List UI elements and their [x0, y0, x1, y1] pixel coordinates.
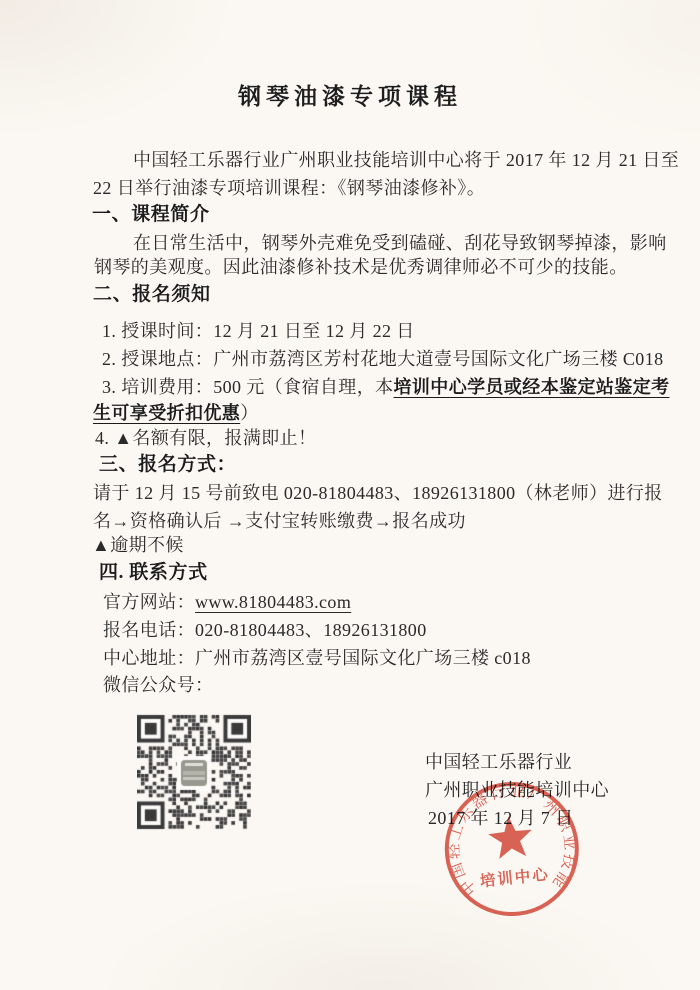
wechat-qr-code-icon — [137, 714, 251, 830]
notice-item-3-suffix: ） — [240, 403, 258, 423]
signup-line-1: 请于 12 月 15 号前致电 020-81804483、18926131800… — [93, 481, 663, 505]
notice-item-4: 4. ▲名额有限，报满即止！ — [95, 426, 316, 450]
notice-item-2: 2. 授课地点：广州市荔湾区芳村花地大道壹号国际文化广场三楼 C018 — [102, 347, 664, 371]
official-seal-stamp-icon: 中国轻工乐器行业广州职业技能 培训中心 — [437, 776, 587, 926]
section-1-heading: 一、课程简介 — [92, 203, 210, 227]
section-4-heading: 四. 联系方式 — [99, 561, 208, 585]
notice-item-3: 3. 培训费用：500 元（食宿自理，本培训中心学员或经本鉴定站鉴定考 — [102, 375, 670, 399]
deadline-note: ▲逾期不候 — [92, 533, 184, 557]
notice-item-3-discount-b: 生可享受折扣优惠 — [93, 403, 240, 423]
website-label: 官方网站： — [103, 592, 195, 612]
section-2-heading: 二、报名须知 — [93, 283, 211, 307]
section-1-line-2: 钢琴的美观度。因此油漆修补技术是优秀调律师必不可少的技能。 — [94, 255, 628, 279]
section-3-heading: 三、报名方式： — [99, 453, 236, 477]
intro-line-1: 中国轻工乐器行业广州职业技能培训中心将于 2017 年 12 月 21 日至 — [133, 148, 679, 172]
notice-item-3-prefix: 3. 培训费用：500 元（食宿自理，本 — [102, 377, 394, 397]
phone-line: 报名电话：020-81804483、18926131800 — [103, 618, 427, 642]
website-line: 官方网站：www.81804483.com — [103, 590, 351, 614]
notice-item-1: 1. 授课时间：12 月 21 日至 12 月 22 日 — [102, 319, 415, 343]
wechat-label: 微信公众号： — [103, 673, 213, 697]
website-url: www.81804483.com — [195, 592, 351, 612]
notice-item-3-discount-a: 培训中心学员或经本鉴定站鉴定考 — [394, 377, 670, 397]
notice-item-3-cont: 生可享受折扣优惠） — [93, 401, 259, 425]
stamp-center-text: 培训中心 — [479, 864, 551, 890]
document-title: 钢琴油漆专项课程 — [0, 78, 700, 111]
intro-line-2: 22 日举行油漆专项培训课程：《钢琴油漆修补》。 — [93, 176, 485, 200]
signature-org-line-1: 中国轻工乐器行业 — [425, 750, 572, 774]
address-line: 中心地址：广州市荔湾区壹号国际文化广场三楼 c018 — [103, 646, 531, 670]
stamp-star-icon — [487, 814, 535, 860]
signup-line-2: 名→资格确认后 →支付宝转账缴费→报名成功 — [93, 509, 466, 533]
scanned-document-page: 钢琴油漆专项课程 中国轻工乐器行业广州职业技能培训中心将于 2017 年 12 … — [0, 0, 700, 990]
section-1-line-1: 在日常生活中，钢琴外壳难免受到磕碰、刮花导致钢琴掉漆，影响 — [133, 231, 667, 255]
